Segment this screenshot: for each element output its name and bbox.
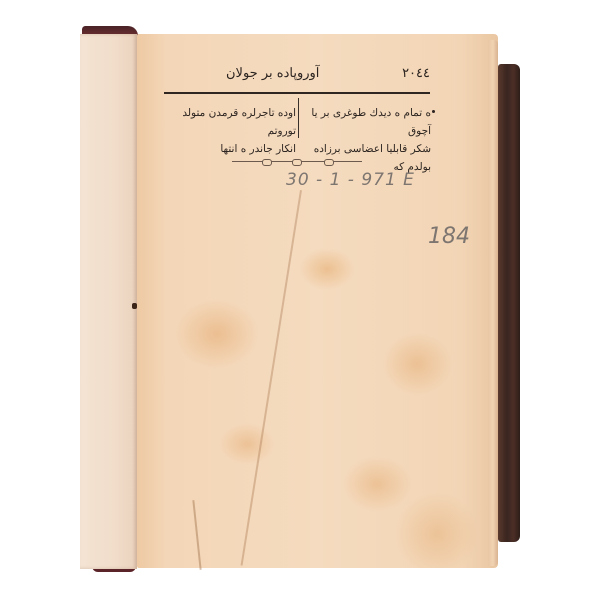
- text-column-right: ه تمام ه دیدك طوغری بر یا آچوق شكر قابلی…: [305, 104, 431, 176]
- bullet-mark: [432, 110, 435, 113]
- text-line: انكار جاندر ه انتها: [164, 140, 296, 158]
- book-photo: آوروپاده بر جولان ٢٠٤٤ ه تمام ه دیدك طوغ…: [0, 0, 600, 600]
- text-line: اوده تاجرلره قرمدن متولد توروتم: [164, 104, 296, 140]
- page-number: ٢٠٤٤: [402, 66, 430, 81]
- book-back-cover: [498, 64, 520, 542]
- page-fore-edge: [488, 40, 498, 566]
- column-divider: [298, 98, 299, 138]
- running-header: آوروپاده بر جولان ٢٠٤٤: [166, 66, 430, 86]
- text-line: ه تمام ه دیدك طوغری بر یا آچوق: [305, 104, 431, 140]
- header-rule: [164, 92, 430, 94]
- text-column-left: اوده تاجرلره قرمدن متولد توروتم انكار جا…: [164, 104, 296, 158]
- pencil-date-annotation: 30 - 1 - 971 E: [286, 170, 415, 190]
- pencil-number-annotation: 184: [428, 224, 470, 249]
- header-title: آوروپاده بر جولان: [226, 66, 319, 81]
- flyleaf-page: [80, 34, 137, 569]
- decorative-rule: [232, 159, 362, 165]
